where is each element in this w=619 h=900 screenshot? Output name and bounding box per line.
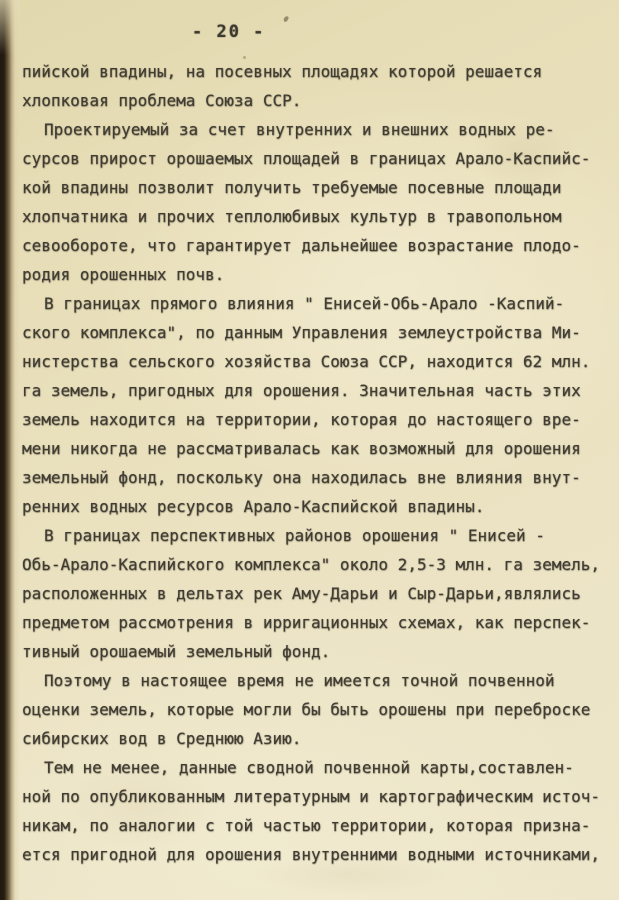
text-line: Проектируемый за счет внутренних и внешн… bbox=[22, 115, 613, 144]
text-line: кой впадины позволит получить требуемые … bbox=[22, 173, 613, 202]
text-line: родия орошенных почв. bbox=[22, 260, 613, 289]
binding-edge bbox=[0, 0, 20, 900]
text-line: ского комплекса", по данным Управления з… bbox=[22, 318, 613, 347]
text-line: мени никогда не рассматривалась как возм… bbox=[22, 434, 613, 463]
text-line: Обь-Арало-Каспийского комплекса" около 2… bbox=[22, 550, 613, 579]
text-line: нистерства сельского хозяйства Союза ССР… bbox=[22, 347, 613, 376]
text-line: расположенных в дельтах рек Аму-Дарьи и … bbox=[22, 579, 613, 608]
text-line: ется пригодной для орошения внутренними … bbox=[22, 840, 613, 869]
text-line: Тем не менее, данные сводной почвенной к… bbox=[22, 753, 613, 782]
text-line: пийской впадины, на посевных площадях ко… bbox=[22, 57, 613, 86]
text-line: хлопчатника и прочих теплолюбивых культу… bbox=[22, 202, 613, 231]
text-line: земель находится на территории, которая … bbox=[22, 405, 613, 434]
text-line: никам, по аналогии с той частью территор… bbox=[22, 811, 613, 840]
text-line: В границах прямого влияния " Енисей-Обь-… bbox=[22, 289, 613, 318]
text-line: оценки земель, которые могли бы быть оро… bbox=[22, 695, 613, 724]
text-line: Поэтому в настоящее время не имеется точ… bbox=[22, 666, 613, 695]
text-line: ренних водных ресурсов Арало-Каспийской … bbox=[22, 492, 613, 521]
text-line: севообороте, что гарантирует дальнейшее … bbox=[22, 231, 613, 260]
text-line: земельный фонд, поскольку она находилась… bbox=[22, 463, 613, 492]
text-line: сибирских вод в Среднюю Азию. bbox=[22, 724, 613, 753]
text-line: хлопковая проблема Союза ССР. bbox=[22, 86, 613, 115]
binding-edge-fade bbox=[0, 0, 20, 55]
scanned-page: - 20 - пийской впадины, на посевных площ… bbox=[0, 0, 619, 900]
text-line: предметом рассмотрения в ирригационных с… bbox=[22, 608, 613, 637]
text-line: тивный орошаемый земельный фонд. bbox=[22, 637, 613, 666]
scan-artifact bbox=[283, 15, 289, 22]
text-line: сурсов прирост орошаемых площадей в гран… bbox=[22, 144, 613, 173]
text-line: ной по опубликованным литературным и кар… bbox=[22, 782, 613, 811]
page-number: - 20 - bbox=[192, 22, 265, 42]
text-line: га земель, пригодных для орошения. Значи… bbox=[22, 376, 613, 405]
document-text: пийской впадины, на посевных площадях ко… bbox=[22, 57, 613, 869]
text-line: В границах перспективных районов орошени… bbox=[22, 521, 613, 550]
